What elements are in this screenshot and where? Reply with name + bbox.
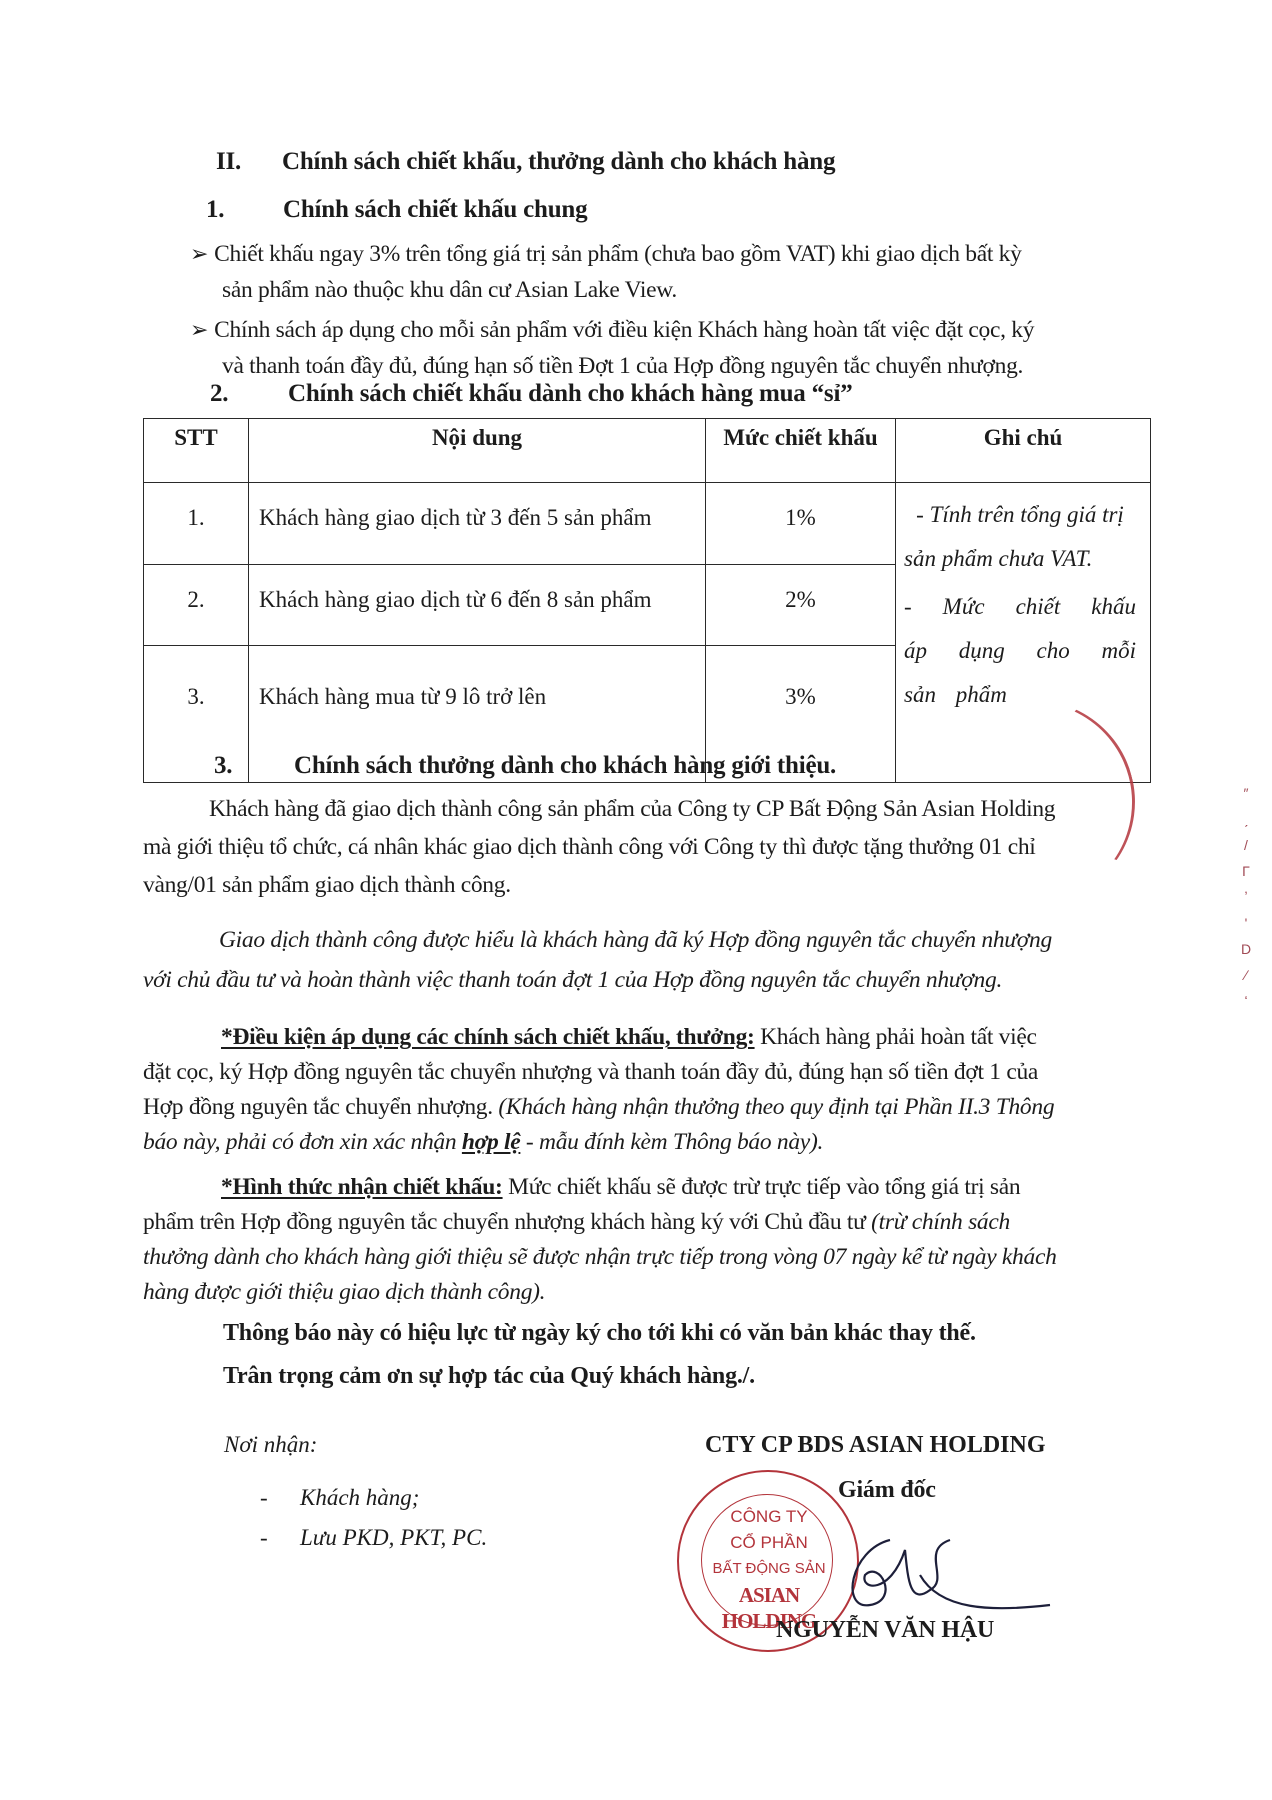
arrow-bullet-icon: ➢: [190, 241, 208, 266]
effective-notice: Thông báo này có hiệu lực từ ngày ký cho…: [223, 1320, 976, 1347]
signatory-position: Giám đốc: [838, 1477, 936, 1504]
subsection-3-heading: 3.Chính sách thưởng dành cho khách hàng …: [214, 752, 836, 780]
mark: ': [1238, 910, 1254, 936]
paragraph-line: mà giới thiệu tổ chức, cá nhân khác giao…: [143, 828, 1153, 866]
text: Mức chiết khấu sẽ được trừ trực tiếp vào…: [503, 1174, 1021, 1200]
paragraph-line: thưởng dành cho khách hàng giới thiệu sẽ…: [143, 1240, 1163, 1275]
cell-discount: 2%: [706, 565, 896, 646]
mark: ʻ: [1238, 988, 1254, 1014]
thanks-notice: Trân trọng cảm ơn sự hợp tác của Quý khá…: [223, 1363, 755, 1390]
signature-icon: [820, 1520, 1060, 1620]
text: (Khách hàng nhận thưởng theo quy định tạ…: [498, 1094, 1054, 1120]
paragraph-line: báo này, phải có đơn xin xác nhận hợp lệ…: [143, 1125, 1163, 1160]
form-label: *Hình thức nhận chiết khấu:: [221, 1174, 503, 1200]
subsection-3-number: 3.: [214, 752, 294, 780]
paragraph-line: Giao dịch thành công được hiểu là khách …: [143, 920, 1163, 960]
note-2: - Mức chiết khấu áp dụng cho mỗi sản phẩ…: [904, 585, 1136, 717]
margin-marks: ″ ˏ / Γ ʼ ' D ∕ ʻ: [1238, 780, 1254, 1014]
note-1: - Tính trên tổng giá trị sản phẩm chưa V…: [904, 493, 1136, 581]
recipient-item: -Lưu PKD, PKT, PC.: [260, 1518, 487, 1558]
section-heading: II.Chính sách chiết khấu, thưởng dành ch…: [216, 148, 835, 176]
subsection-3-title: Chính sách thưởng dành cho khách hàng gi…: [294, 752, 836, 779]
paragraph-line: *Hình thức nhận chiết khấu: Mức chiết kh…: [143, 1170, 1163, 1205]
paragraph-line: Hợp đồng nguyên tắc chuyển nhượng. (Khác…: [143, 1090, 1163, 1125]
section-number: II.: [216, 148, 282, 176]
recipient-text: Lưu PKD, PKT, PC.: [300, 1525, 487, 1550]
document-page: II.Chính sách chiết khấu, thưởng dành ch…: [0, 0, 1272, 1800]
header-note: Ghi chú: [896, 419, 1151, 483]
seal-line: BẤT ĐỘNG SẢN: [709, 1556, 829, 1582]
seal-line: CỔ PHẦN: [709, 1530, 829, 1556]
bullet-text-cont: và thanh toán đầy đủ, đúng hạn số tiền Đ…: [190, 348, 1190, 384]
cell-content: Khách hàng giao dịch từ 3 đến 5 sản phẩm: [249, 483, 706, 565]
paragraph-line: vàng/01 sản phẩm giao dịch thành công.: [143, 866, 1153, 904]
table-header-row: STT Nội dung Mức chiết khấu Ghi chú: [144, 419, 1151, 483]
text-valid: hợp lệ: [462, 1129, 520, 1155]
seal-line: CÔNG TY: [709, 1504, 829, 1530]
table-row: 1. Khách hàng giao dịch từ 3 đến 5 sản p…: [144, 483, 1151, 565]
text: - mẫu đính kèm Thông báo này).: [520, 1129, 823, 1155]
text: phẩm trên Hợp đồng nguyên tắc chuyển như…: [143, 1209, 871, 1235]
text: Hợp đồng nguyên tắc chuyển nhượng.: [143, 1094, 498, 1120]
paragraph-line: đặt cọc, ký Hợp đồng nguyên tắc chuyển n…: [143, 1055, 1163, 1090]
company-signature-title: CTY CP BDS ASIAN HOLDING: [705, 1432, 1046, 1459]
dash: -: [260, 1518, 300, 1558]
referral-definition: Giao dịch thành công được hiểu là khách …: [143, 920, 1163, 1000]
text: báo này, phải có đơn xin xác nhận: [143, 1129, 462, 1155]
bullet-text: Chính sách áp dụng cho mỗi sản phẩm với …: [214, 317, 1034, 343]
subsection-1-heading: 1.Chính sách chiết khấu chung: [206, 196, 587, 224]
subsection-2-title: Chính sách chiết khấu dành cho khách hàn…: [288, 380, 853, 407]
paragraph-line: Khách hàng đã giao dịch thành công sản p…: [143, 790, 1153, 828]
paragraph-line: phẩm trên Hợp đồng nguyên tắc chuyển như…: [143, 1205, 1163, 1240]
header-stt: STT: [144, 419, 249, 483]
mark: ʼ: [1238, 884, 1254, 910]
conditions-paragraph: *Điều kiện áp dụng các chính sách chiết …: [143, 1020, 1163, 1160]
conditions-label: *Điều kiện áp dụng các chính sách chiết …: [221, 1024, 755, 1050]
cell-content: Khách hàng giao dịch từ 6 đến 8 sản phẩm: [249, 565, 706, 646]
recipients-label: Nơi nhận:: [224, 1432, 317, 1458]
header-content: Nội dung: [249, 419, 706, 483]
bullet-item: ➢Chính sách áp dụng cho mỗi sản phẩm với…: [190, 312, 1190, 348]
arrow-bullet-icon: ➢: [190, 317, 208, 342]
cell-discount: 1%: [706, 483, 896, 565]
mark: Γ: [1238, 858, 1254, 884]
paragraph-line: *Điều kiện áp dụng các chính sách chiết …: [143, 1020, 1163, 1055]
recipient-text: Khách hàng;: [300, 1485, 419, 1510]
header-discount: Mức chiết khấu: [706, 419, 896, 483]
mark: /: [1238, 832, 1254, 858]
subsection-1-number: 1.: [206, 196, 283, 224]
bullet-item: ➢Chiết khấu ngay 3% trên tổng giá trị sả…: [190, 236, 1190, 272]
paragraph-line: hàng được giới thiệu giao dịch thành côn…: [143, 1275, 1163, 1310]
general-discount-bullets: ➢Chiết khấu ngay 3% trên tổng giá trị sả…: [190, 236, 1190, 384]
section-title: Chính sách chiết khấu, thưởng dành cho k…: [282, 148, 835, 175]
form-paragraph: *Hình thức nhận chiết khấu: Mức chiết kh…: [143, 1170, 1163, 1310]
text: (trừ chính sách: [871, 1209, 1010, 1235]
subsection-1-title: Chính sách chiết khấu chung: [283, 196, 587, 223]
referral-paragraph: Khách hàng đã giao dịch thành công sản p…: [143, 790, 1153, 904]
subsection-2-heading: 2.Chính sách chiết khấu dành cho khách h…: [210, 380, 853, 408]
cell-stt: 1.: [144, 483, 249, 565]
bullet-text-cont: sản phẩm nào thuộc khu dân cư Asian Lake…: [190, 272, 1190, 308]
recipient-item: -Khách hàng;: [260, 1478, 487, 1518]
text: Khách hàng phải hoàn tất việc: [755, 1024, 1037, 1050]
mark: ∕: [1238, 962, 1254, 988]
mark: D: [1238, 936, 1254, 962]
recipients-list: -Khách hàng; -Lưu PKD, PKT, PC.: [260, 1478, 487, 1558]
bullet-text: Chiết khấu ngay 3% trên tổng giá trị sản…: [214, 241, 1021, 267]
signatory-name: NGUYỄN VĂN HẬU: [776, 1617, 994, 1644]
paragraph-line: với chủ đầu tư và hoàn thành việc thanh …: [143, 960, 1163, 1000]
seal-text: CÔNG TY CỔ PHẦN BẤT ĐỘNG SẢN ASIAN HOLDI…: [709, 1504, 829, 1634]
dash: -: [260, 1478, 300, 1518]
mark: ″: [1238, 780, 1254, 806]
mark: ˏ: [1238, 806, 1254, 832]
cell-stt: 2.: [144, 565, 249, 646]
subsection-2-number: 2.: [210, 380, 288, 408]
